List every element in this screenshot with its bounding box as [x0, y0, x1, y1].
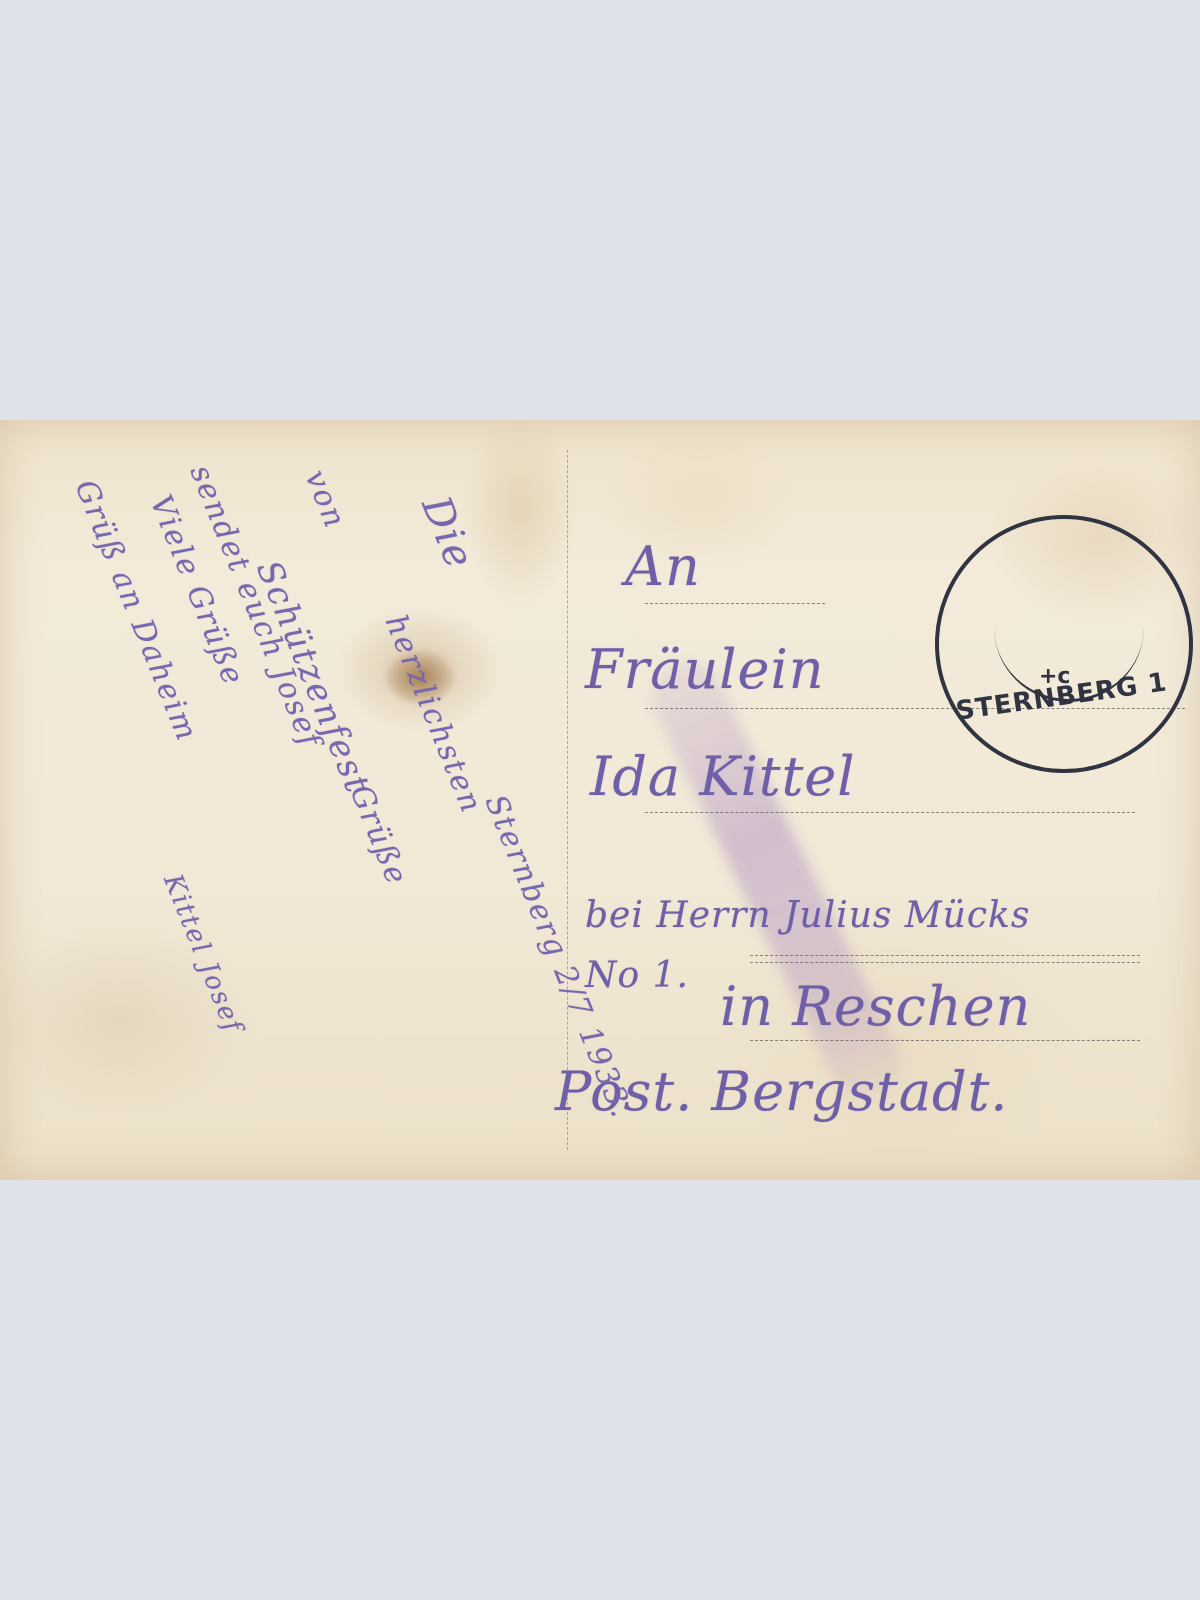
postmark: +c STERNBERG 1 — [935, 515, 1193, 773]
message-line: Die — [412, 490, 483, 576]
message-line: herzlichsten — [378, 610, 490, 819]
message-block: Sternberg 2/7 1933. Die herzlichsten Grü… — [75, 450, 545, 1140]
page-background: An Fräulein Ida Kittel bei Herrn Julius … — [0, 0, 1200, 1600]
postcard: An Fräulein Ida Kittel bei Herrn Julius … — [0, 420, 1200, 1180]
message-line: von — [298, 465, 353, 534]
message-line: Grüße — [343, 780, 415, 891]
message-signature: Kittel Josef — [157, 870, 248, 1038]
